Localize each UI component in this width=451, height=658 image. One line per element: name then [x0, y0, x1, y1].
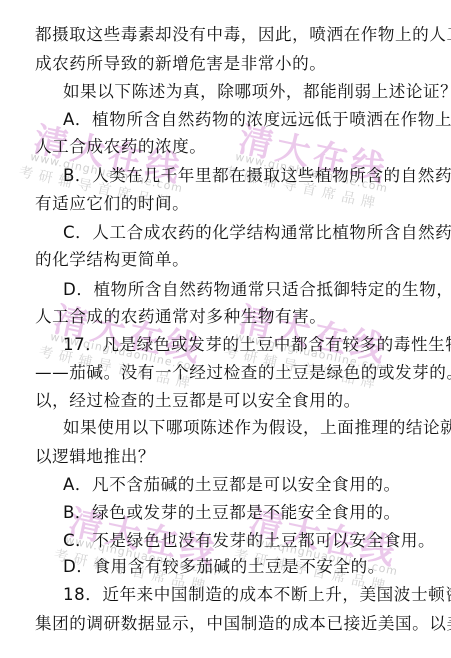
question-stem: 如果以下陈述为真，除哪项外，都能削弱上述论证？ — [63, 82, 407, 102]
text-line: 有适应它们的时间。 — [35, 194, 407, 214]
option-d: D．食用含有较多茄碱的土豆是不安全的。 — [63, 557, 407, 577]
option-a: A．凡不含茄碱的土豆都是可以安全食用的。 — [63, 475, 407, 495]
option-b: B．人类在几千年里都在摄取这些植物所含的自然药物， — [63, 166, 407, 186]
text-line: 都摄取这些毒素却没有中毒，因此，喷洒在作物上的人工合 — [35, 25, 407, 45]
watermark-title: 清大在线 — [50, 292, 212, 372]
text-line: 以，经过检查的土豆都是可以安全食用的。 — [35, 391, 407, 411]
option-b: B．绿色或发芽的土豆都是不能安全食用的。 — [63, 503, 407, 523]
question-18: 18．近年来中国制造的成本不断上升，美国波士顿咨询 — [63, 585, 407, 605]
text-line: 人工合成的农药通常对多种生物有害。 — [35, 307, 407, 327]
text-line: 成农药所导致的新增危害是非常小的。 — [35, 54, 407, 74]
watermark-title: 清大在线 — [235, 292, 397, 372]
text-line: ——茄碱。没有一个经过检查的土豆是绿色的或发芽的。所 — [35, 363, 407, 383]
option-c: C．人工合成农药的化学结构通常比植物所含自然药物 — [63, 223, 407, 243]
text-line: 的化学结构更简单。 — [35, 250, 407, 270]
text-line: 以逻辑地推出？ — [35, 447, 407, 467]
question-stem: 如果使用以下哪项陈述作为假设，上面推理的结论就可 — [63, 418, 407, 438]
document-page: 清大在线 www.qinghuaonline.com 考研辅导首席品牌 清大在线… — [0, 0, 451, 658]
text-line: 集团的调研数据显示，中国制造的成本已接近美国。以美国 — [35, 614, 407, 634]
text-line: 人工合成农药的浓度。 — [35, 137, 407, 157]
option-c: C．不是绿色也没有发芽的土豆都可以安全食用。 — [63, 531, 407, 551]
option-a: A．植物所含自然药物的浓度远远低于喷洒在作物上的 — [63, 110, 407, 130]
question-17: 17．凡是绿色或发芽的土豆中都含有较多的毒性生物碱 — [63, 335, 407, 355]
option-d: D．植物所含自然药物通常只适合抵御特定的生物，而 — [63, 280, 407, 300]
